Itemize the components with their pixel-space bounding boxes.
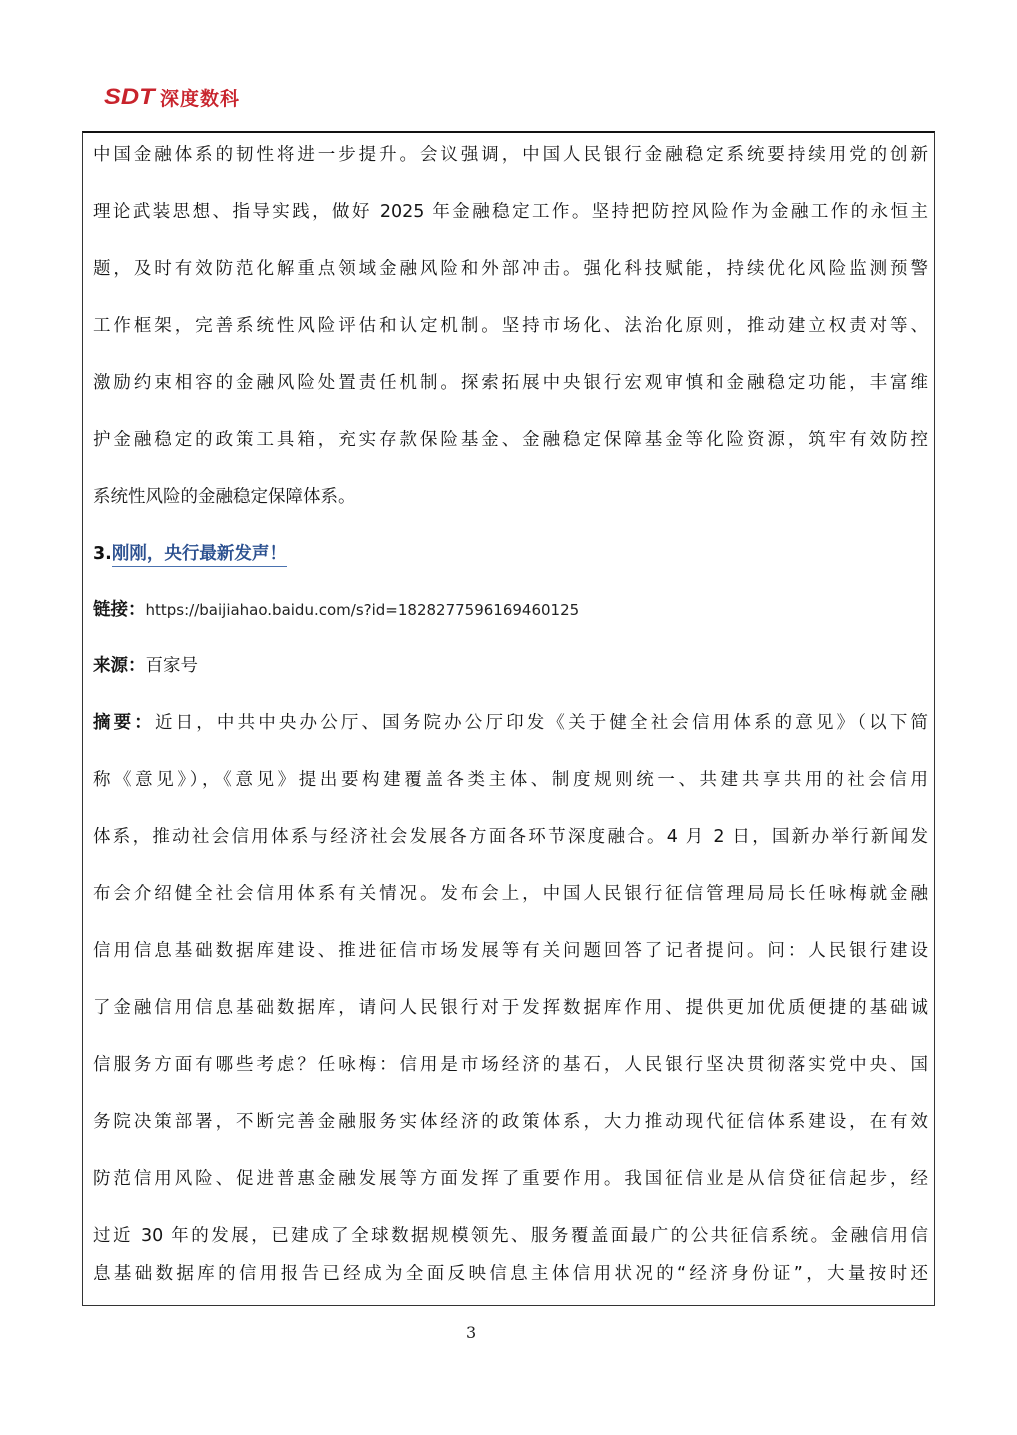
item-number: 3. xyxy=(93,544,112,564)
paragraph-line: 工作框架，完善系统性风险评估和认定机制。坚持市场化、法治化原则，推动建立权责对等… xyxy=(93,314,928,338)
summary-label: 摘要： xyxy=(93,713,155,733)
summary-line: 了金融信用信息基础数据库，请问人民银行对于发挥数据库作用、提供更加优质便捷的基础… xyxy=(93,996,928,1020)
logo-mark: SDT xyxy=(104,84,155,110)
paragraph-line: 系统性风险的金融稳定保障体系。 xyxy=(93,485,928,509)
summary-line: 务院决策部署，不断完善金融服务实体经济的政策体系，大力推动现代征信体系建设，在有… xyxy=(93,1110,928,1134)
content-box: 中国金融体系的韧性将进一步提升。会议强调，中国人民银行金融稳定系统要持续用党的创… xyxy=(82,131,935,1306)
paragraph-line: 理论武装思想、指导实践，做好 2025 年金融稳定工作。坚持把防控风险作为金融工… xyxy=(93,200,928,224)
item-heading: 3.刚刚，央行最新发声！ xyxy=(93,542,928,566)
summary-line: 体系，推动社会信用体系与经济社会发展各方面各环节深度融合。4 月 2 日，国新办… xyxy=(93,825,928,849)
summary-line: 摘要：近日，中共中央办公厅、国务院办公厅印发《关于健全社会信用体系的意见》（以下… xyxy=(93,711,928,735)
summary-line: 过近 30 年的发展，已建成了全球数据规模领先、服务覆盖面最广的公共征信系统。金… xyxy=(93,1224,928,1248)
paragraph-line: 中国金融体系的韧性将进一步提升。会议强调，中国人民银行金融稳定系统要持续用党的创… xyxy=(93,143,928,167)
link-label: 链接： xyxy=(93,600,146,620)
summary-line: 信用信息基础数据库建设、推进征信市场发展等有关问题回答了记者提问。问：人民银行建… xyxy=(93,939,928,963)
summary-line: 信服务方面有哪些考虑？任咏梅：信用是市场经济的基石，人民银行坚决贯彻落实党中央、… xyxy=(93,1053,928,1077)
paragraph-line: 激励约束相容的金融风险处置责任机制。探索拓展中央银行宏观审慎和金融稳定功能，丰富… xyxy=(93,371,928,395)
company-logo: SDT 深度数科 xyxy=(104,84,240,110)
summary-line: 布会介绍健全社会信用体系有关情况。发布会上，中国人民银行征信管理局局长任咏梅就金… xyxy=(93,882,928,906)
logo-text: 深度数科 xyxy=(160,84,240,111)
summary-line: 防范信用风险、促进普惠金融发展等方面发挥了重要作用。我国征信业是从信贷征信起步，… xyxy=(93,1167,928,1191)
link-row: 链接：https://baijiahao.baidu.com/s?id=1828… xyxy=(93,598,928,622)
paragraph-line: 护金融稳定的政策工具箱，充实存款保险基金、金融稳定保障基金等化险资源，筑牢有效防… xyxy=(93,428,928,452)
summary-line: 息基础数据库的信用报告已经成为全面反映信息主体信用状况的“经济身份证”，大量按时… xyxy=(93,1262,928,1286)
source-row: 来源：百家号 xyxy=(93,654,928,678)
paragraph-line: 题，及时有效防范化解重点领域金融风险和外部冲击。强化科技赋能，持续优化风险监测预… xyxy=(93,257,928,281)
summary-text: 近日，中共中央办公厅、国务院办公厅印发《关于健全社会信用体系的意见》（以下简 xyxy=(155,713,928,733)
source-label: 来源： xyxy=(93,656,146,676)
link-url[interactable]: https://baijiahao.baidu.com/s?id=1828277… xyxy=(146,601,580,619)
page-number: 3 xyxy=(466,1323,476,1342)
item-title-link[interactable]: 刚刚，央行最新发声！ xyxy=(112,544,287,567)
source-value: 百家号 xyxy=(146,656,199,676)
summary-line: 称《意见》），《意见》提出要构建覆盖各类主体、制度规则统一、共建共享共用的社会信… xyxy=(93,768,928,792)
